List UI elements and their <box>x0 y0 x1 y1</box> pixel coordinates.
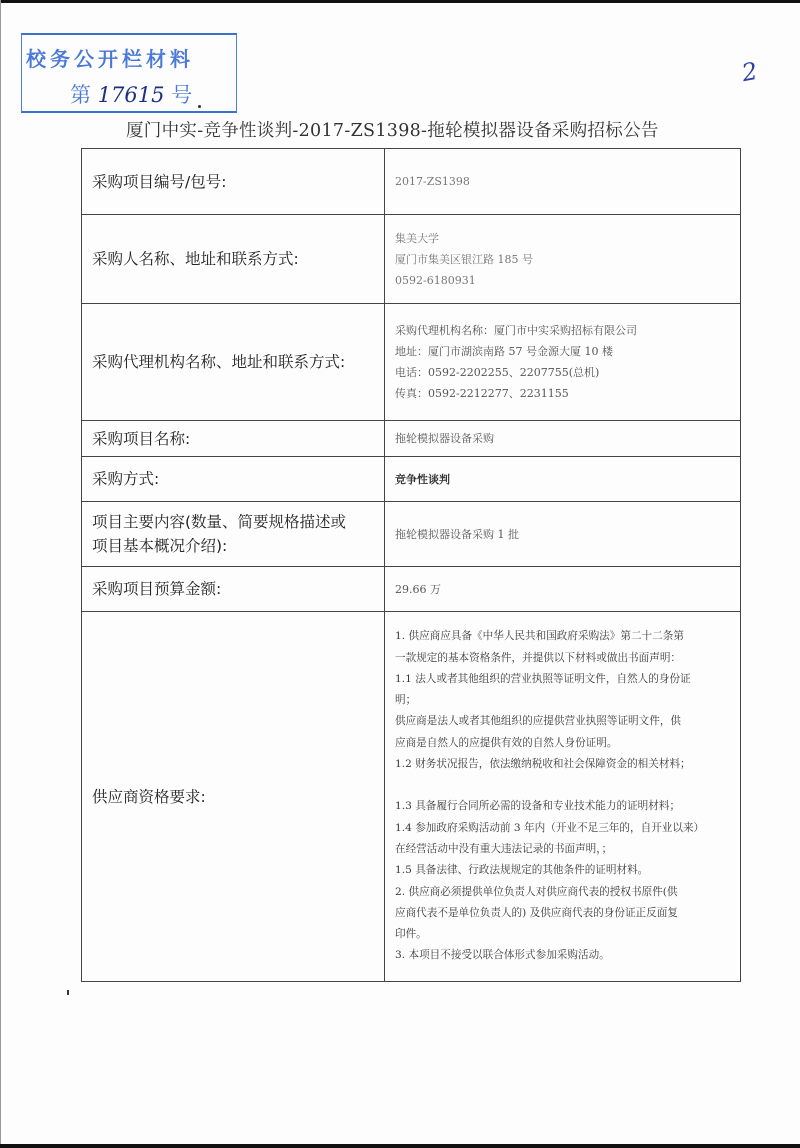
row-label: 采购项目编号/包号: <box>82 149 385 215</box>
scan-bottom-edge <box>0 1144 800 1148</box>
requirement-line: 应商代表不是单位负责人的) 及供应商代表的身份证正反面复 <box>395 903 730 924</box>
main-content-value: 拖轮模拟器设备采购 1 批 <box>395 524 730 545</box>
requirement-line: 明； <box>395 690 730 711</box>
row-label: 采购人名称、地址和联系方式: <box>82 215 385 304</box>
requirement-line: 应商是自然人的应提供有效的自然人身份证明。 <box>395 733 730 754</box>
scan-top-edge <box>0 0 800 3</box>
requirement-line: 1.4 参加政府采购活动前 3 年内（开业不足三年的，自开业以来） <box>395 818 730 839</box>
requirement-line: 1.2 财务状况报告，依法缴纳税收和社会保障资金的相关材料； <box>395 754 730 775</box>
table-row-purchaser: 采购人名称、地址和联系方式: 集美大学 厦门市集美区银江路 185 号 0592… <box>82 215 741 304</box>
row-label: 供应商资格要求: <box>82 612 385 982</box>
table-row-main-content: 项目主要内容(数量、简要规格描述或 项目基本概况介绍): 拖轮模拟器设备采购 1… <box>82 502 741 567</box>
procurement-info-table: 采购项目编号/包号: 2017-ZS1398 采购人名称、地址和联系方式: 集美… <box>81 148 741 982</box>
label-line: 项目基本概况介绍): <box>92 534 384 558</box>
agency-address: 地址：厦门市湖滨南路 57 号金源大厦 10 楼 <box>395 341 730 362</box>
requirement-line: 印件。 <box>395 924 730 945</box>
row-value: 集美大学 厦门市集美区银江路 185 号 0592-6180931 <box>385 215 741 304</box>
row-value: 29.66 万 <box>385 567 741 612</box>
scan-left-edge <box>0 0 1 1148</box>
stamp-serial-number: 17615 <box>98 83 165 107</box>
agency-fax: 传真：0592-2212277、2231155 <box>395 383 730 404</box>
row-label: 项目主要内容(数量、简要规格描述或 项目基本概况介绍): <box>82 502 385 567</box>
requirement-line: 3. 本项目不接受以联合体形式参加采购活动。 <box>395 945 730 966</box>
stamp-serial-suffix: 号 <box>171 83 192 107</box>
requirement-line: 2. 供应商必须提供单位负责人对供应商代表的授权书原件(供 <box>395 882 730 903</box>
requirement-line: 在经营活动中没有重大违法记录的书面声明，； <box>395 839 730 860</box>
agency-phone: 电话：0592-2202255、2207755(总机) <box>395 362 730 383</box>
purchaser-address: 厦门市集美区银江路 185 号 <box>395 249 730 270</box>
agency-name: 采购代理机构名称：厦门市中实采购招标有限公司 <box>395 320 730 341</box>
stamp-serial: 第 17615 号 <box>70 79 192 109</box>
requirement-gap <box>395 775 730 796</box>
project-number-value: 2017-ZS1398 <box>395 171 730 192</box>
row-label: 采购项目名称: <box>82 421 385 457</box>
project-name-value: 拖轮模拟器设备采购 <box>395 428 730 449</box>
scan-speck <box>67 990 69 995</box>
handwritten-page-mark: 2 <box>740 57 760 87</box>
requirement-line: 1.5 具备法律、行政法规规定的其他条件的证明材料。 <box>395 860 730 881</box>
row-value: 拖轮模拟器设备采购 <box>385 421 741 457</box>
procurement-method-value: 竞争性谈判 <box>395 469 730 490</box>
row-label: 采购项目预算金额: <box>82 567 385 612</box>
table-row-budget: 采购项目预算金额: 29.66 万 <box>82 567 741 612</box>
table-row-project-number: 采购项目编号/包号: 2017-ZS1398 <box>82 149 741 215</box>
document-title: 厦门中实-竞争性谈判-2017-ZS1398-拖轮模拟器设备采购招标公告 <box>126 117 659 142</box>
purchaser-name: 集美大学 <box>395 228 730 249</box>
requirement-line: 供应商是法人或者其他组织的应提供营业执照等证明文件，供 <box>395 711 730 732</box>
stamp-title: 校务公开栏材料 <box>26 43 194 72</box>
table-row-supplier-requirements: 供应商资格要求: 1. 供应商应具备《中华人民共和国政府采购法》第二十二条第 一… <box>82 612 741 982</box>
stamp-serial-prefix: 第 <box>70 83 91 107</box>
budget-value: 29.66 万 <box>395 579 730 600</box>
purchaser-phone: 0592-6180931 <box>395 270 730 291</box>
stamp-dot <box>198 105 201 108</box>
requirement-line: 一款规定的基本资格条件，并提供以下材料或做出书面声明： <box>395 648 730 669</box>
row-value: 采购代理机构名称：厦门市中实采购招标有限公司 地址：厦门市湖滨南路 57 号金源… <box>385 304 741 421</box>
row-value: 竞争性谈判 <box>385 457 741 502</box>
row-value: 2017-ZS1398 <box>385 149 741 215</box>
requirement-line: 1.1 法人或者其他组织的营业执照等证明文件，自然人的身份证 <box>395 669 730 690</box>
row-label: 采购代理机构名称、地址和联系方式: <box>82 304 385 421</box>
disclosure-stamp: 校务公开栏材料 第 17615 号 <box>21 33 237 113</box>
label-line: 项目主要内容(数量、简要规格描述或 <box>92 510 384 534</box>
row-value: 1. 供应商应具备《中华人民共和国政府采购法》第二十二条第 一款规定的基本资格条… <box>385 612 741 982</box>
requirement-line: 1.3 具备履行合同所必需的设备和专业技术能力的证明材料； <box>395 796 730 817</box>
table-row-procurement-method: 采购方式: 竞争性谈判 <box>82 457 741 502</box>
table-row-agency: 采购代理机构名称、地址和联系方式: 采购代理机构名称：厦门市中实采购招标有限公司… <box>82 304 741 421</box>
row-label: 采购方式: <box>82 457 385 502</box>
table-row-project-name: 采购项目名称: 拖轮模拟器设备采购 <box>82 421 741 457</box>
row-value: 拖轮模拟器设备采购 1 批 <box>385 502 741 567</box>
requirement-line: 1. 供应商应具备《中华人民共和国政府采购法》第二十二条第 <box>395 626 730 647</box>
